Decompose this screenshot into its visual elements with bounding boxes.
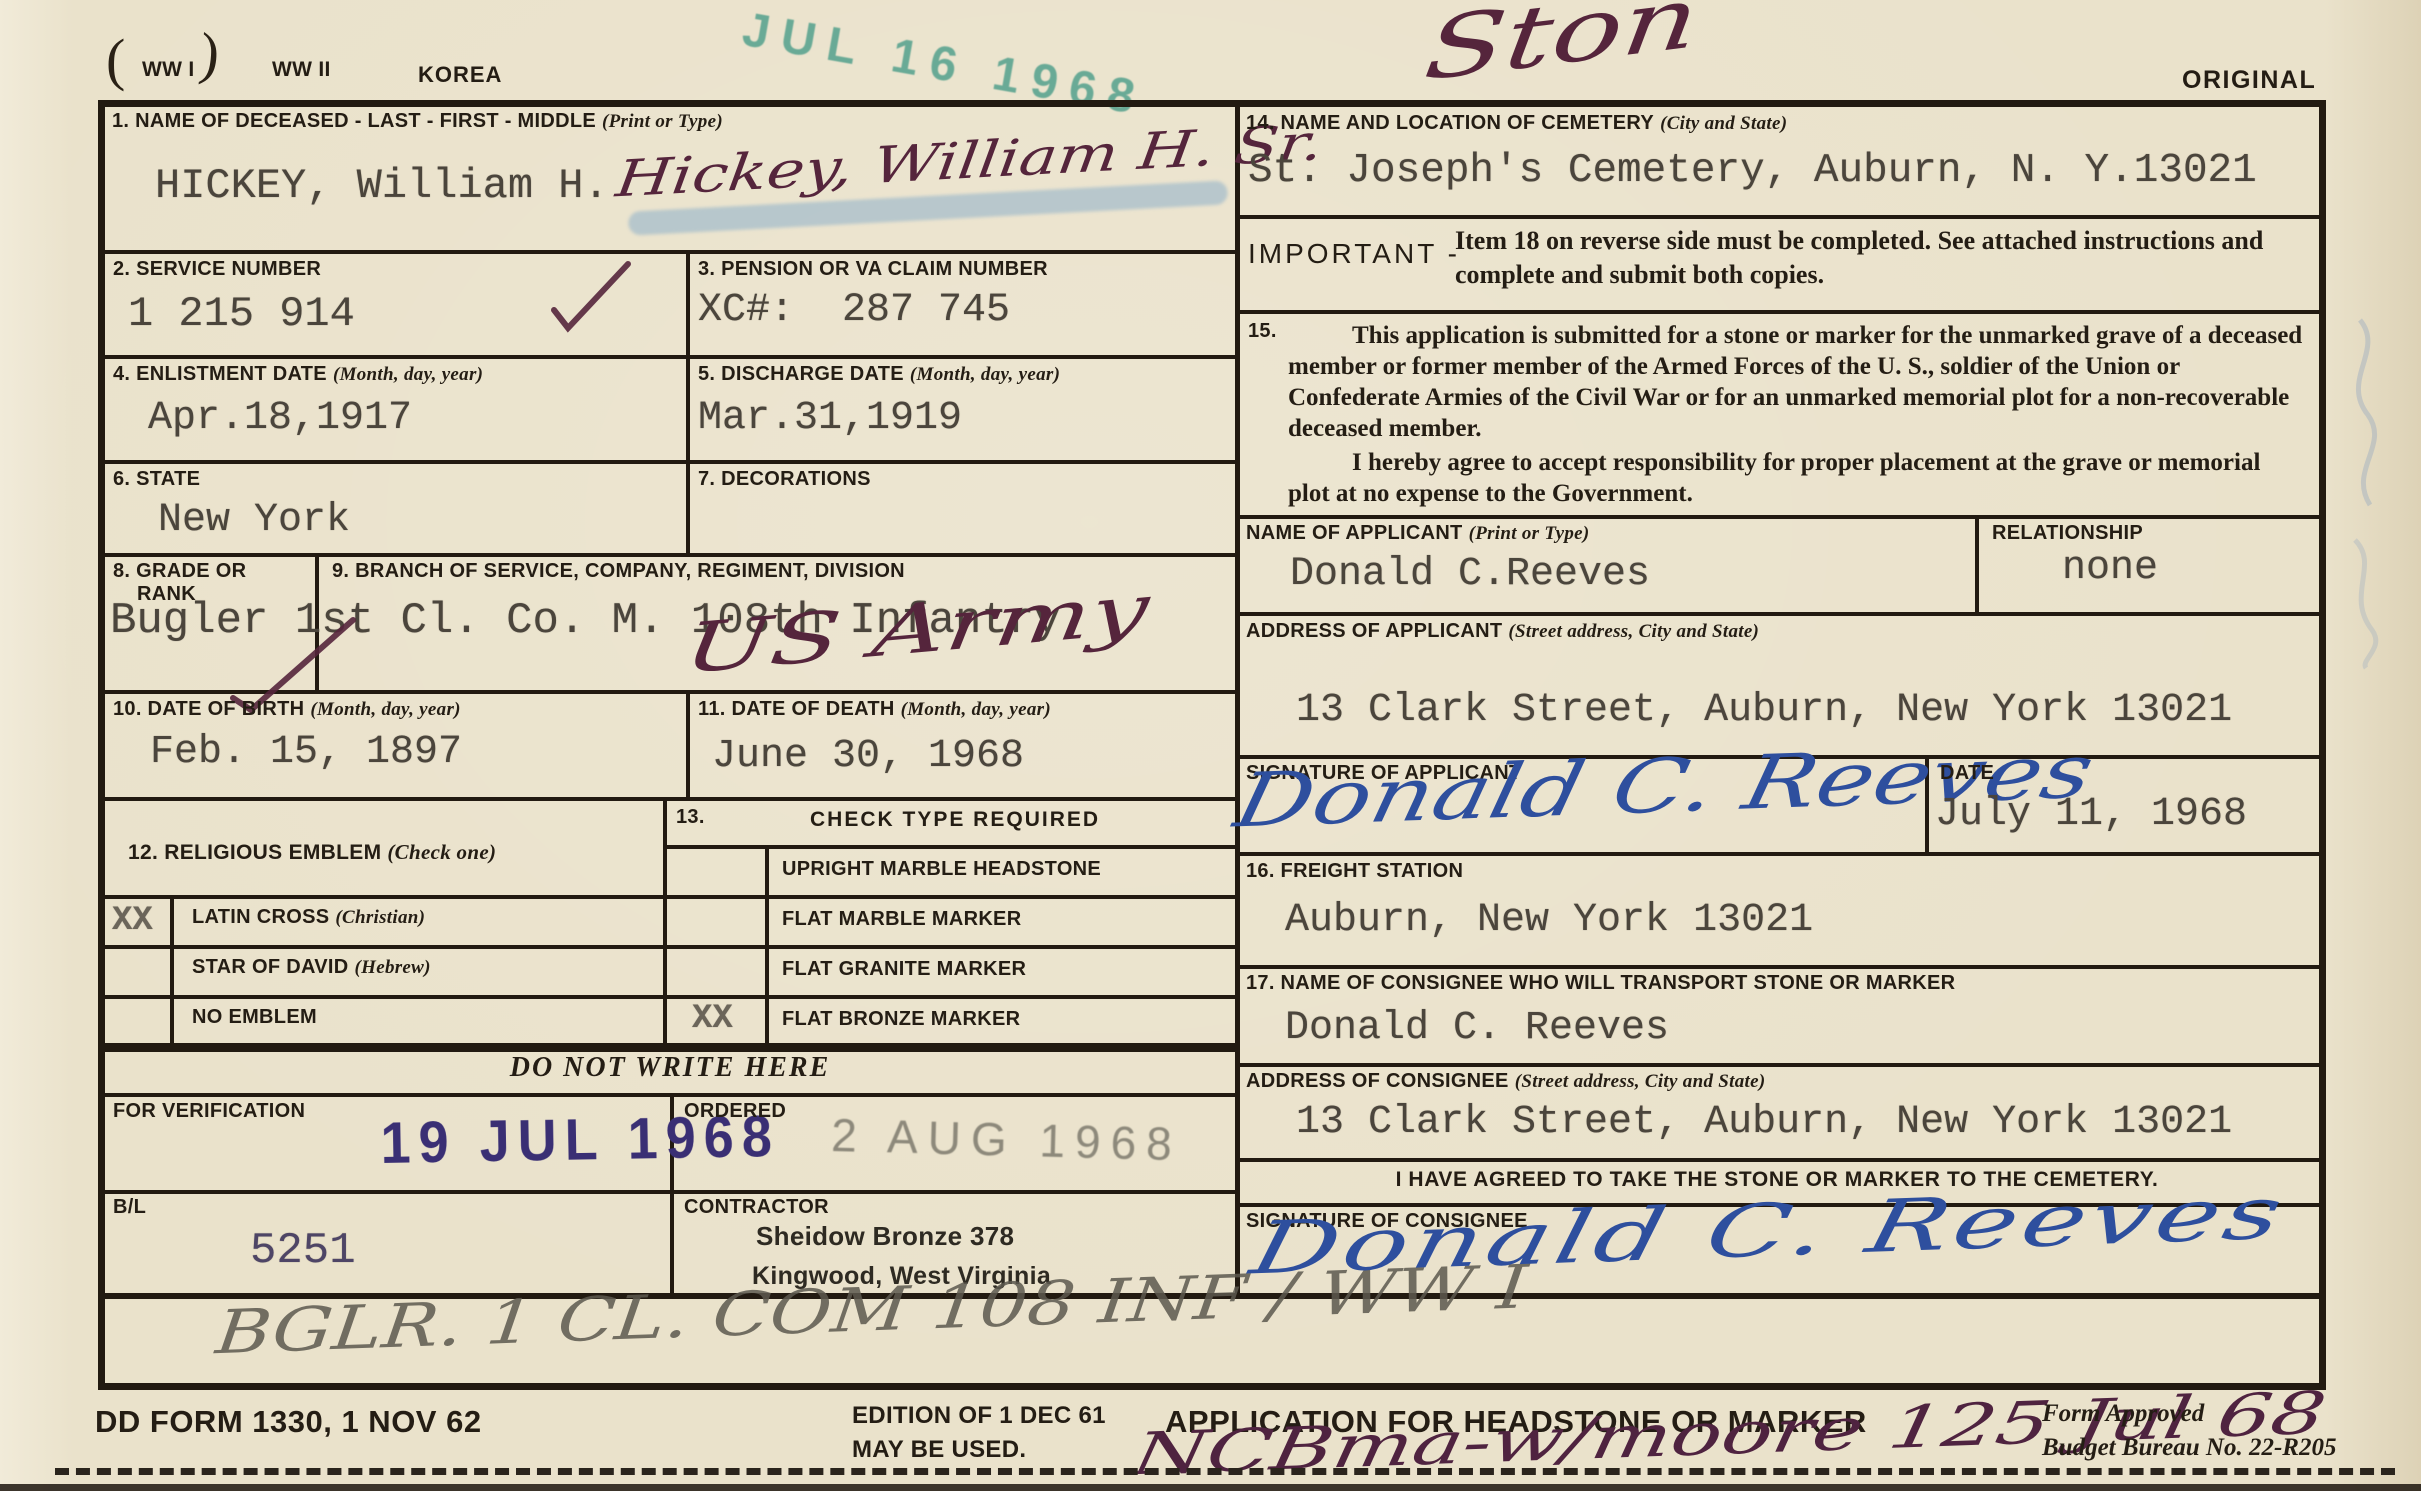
- service-number-value: 1 215 914: [128, 290, 355, 338]
- grid-line: [1235, 965, 2319, 969]
- grid-line: [686, 690, 690, 797]
- field7-label: 7. DECORATIONS: [698, 468, 871, 491]
- grid-line: [105, 945, 1235, 949]
- field4-label-text: 4. ENLISTMENT DATE: [113, 363, 327, 385]
- grid-line: [1235, 310, 2319, 314]
- field4-label-note: (Month, day, year): [333, 364, 483, 385]
- enlistment-date-value: Apr.18,1917: [148, 396, 412, 441]
- ww2-label: WW II: [272, 58, 331, 82]
- grid-line: [765, 845, 769, 1043]
- verification-label: FOR VERIFICATION: [113, 1100, 305, 1123]
- date-label: DATE: [1940, 762, 1994, 785]
- important-text: Item 18 on reverse side must be complete…: [1455, 224, 2315, 292]
- field11-label-note: (Month, day, year): [901, 699, 1051, 720]
- field12-label-note: (Check one): [387, 840, 496, 864]
- ww1-paren-open: (: [106, 26, 125, 93]
- field12-label-text: 12. RELIGIOUS EMBLEM: [128, 841, 381, 864]
- type-flat-marble-label: FLAT MARBLE MARKER: [782, 908, 1021, 931]
- field3-label: 3. PENSION OR VA CLAIM NUMBER: [698, 258, 1048, 281]
- field15-paragraph1: This application is submitted for a ston…: [1288, 320, 2303, 444]
- grid-line: [105, 355, 1235, 359]
- grid-line: [1235, 1063, 2319, 1067]
- field8-label-line1: 8. GRADE OR: [113, 560, 246, 583]
- grid-line: [1235, 107, 1240, 1297]
- page-edge: [0, 1484, 2421, 1491]
- field14-label-note: (City and State): [1660, 113, 1787, 134]
- emblem-star-david-text: STAR OF DAVID: [192, 956, 349, 978]
- contractor-label: CONTRACTOR: [684, 1196, 829, 1219]
- field1-label-text: 1. NAME OF DECEASED - LAST - FIRST - MID…: [112, 110, 596, 132]
- birth-date-value: Feb. 15, 1897: [150, 730, 462, 775]
- field15-number: 15.: [1248, 320, 1277, 343]
- field5-label-text: 5. DISCHARGE DATE: [698, 363, 904, 385]
- freight-station-value: Auburn, New York 13021: [1285, 898, 1813, 943]
- field2-label: 2. SERVICE NUMBER: [113, 258, 321, 281]
- edition-line1: EDITION OF 1 DEC 61: [852, 1402, 1106, 1430]
- emblem-star-david-note: (Hebrew): [355, 957, 431, 978]
- type-flat-bronze-label: FLAT BRONZE MARKER: [782, 1008, 1020, 1031]
- contractor-line1: Sheidow Bronze 378: [756, 1222, 1014, 1252]
- field5-label: 5. DISCHARGE DATE(Month, day, year): [698, 363, 1060, 386]
- field11-label-text: 11. DATE OF DEATH: [698, 698, 895, 720]
- type-flat-bronze-checkbox: XX: [692, 1000, 733, 1038]
- field13-title: CHECK TYPE REQUIRED: [810, 808, 1100, 832]
- consignee-name-value: Donald C. Reeves: [1285, 1006, 1669, 1051]
- applicant-address-label-note: (Street address, City and State): [1508, 621, 1759, 642]
- do-not-write-text: DO NOT WRITE HERE: [510, 1052, 831, 1083]
- applicant-name-label-note: (Print or Type): [1469, 523, 1590, 544]
- grid-line: [105, 1043, 1235, 1052]
- state-value: New York: [158, 498, 350, 543]
- field9-label: 9. BRANCH OF SERVICE, COMPANY, REGIMENT,…: [332, 560, 905, 583]
- tear-off-dashed-line: [55, 1468, 2395, 1475]
- applicant-address-label: ADDRESS OF APPLICANT(Street address, Cit…: [1246, 620, 1759, 643]
- field1-label-note: (Print or Type): [602, 111, 723, 132]
- field10-label: 10. DATE OF BIRTH(Month, day, year): [113, 698, 461, 721]
- handwritten-stone-note: Ston: [1420, 0, 1705, 100]
- korea-label: KOREA: [418, 62, 502, 87]
- scanned-form-page: { "colors": { "paper": "#eae2cb", "ink":…: [0, 0, 2421, 1491]
- consignee-address-label-note: (Street address, City and State): [1515, 1071, 1766, 1092]
- consignee-address-value: 13 Clark Street, Auburn, New York 13021: [1296, 1100, 2232, 1145]
- bl-value: 5251: [250, 1226, 356, 1276]
- consignee-address-label-text: ADDRESS OF CONSIGNEE: [1246, 1070, 1509, 1092]
- cemetery-value: St. Joseph's Cemetery, Auburn, N. Y.1302…: [1248, 148, 2257, 194]
- checkmark-service-number: [548, 258, 638, 338]
- grid-line: [105, 895, 1235, 899]
- field11-label: 11. DATE OF DEATH(Month, day, year): [698, 698, 1051, 721]
- approved-line2: Budget Bureau No. 22-R205: [2042, 1434, 2336, 1462]
- field15-paragraph2: I hereby agree to accept responsibility …: [1288, 447, 2303, 509]
- applicant-name-label: NAME OF APPLICANT(Print or Type): [1246, 522, 1590, 545]
- grid-line: [105, 995, 1235, 999]
- grid-line: [663, 845, 1235, 849]
- field17-label: 17. NAME OF CONSIGNEE WHO WILL TRANSPORT…: [1246, 972, 1955, 995]
- deceased-name-value: HICKEY, William H.: [155, 162, 609, 210]
- field1-label: 1. NAME OF DECEASED - LAST - FIRST - MID…: [112, 110, 723, 133]
- field4-label: 4. ENLISTMENT DATE(Month, day, year): [113, 363, 483, 386]
- do-not-write-banner: DO NOT WRITE HERE: [105, 1052, 1235, 1084]
- field10-label-text: 10. DATE OF BIRTH: [113, 698, 304, 720]
- edition-line2: MAY BE USED.: [852, 1436, 1026, 1464]
- consignee-address-label: ADDRESS OF CONSIGNEE(Street address, Cit…: [1246, 1070, 1766, 1093]
- field14-label: 14. NAME AND LOCATION OF CEMETERY(City a…: [1246, 112, 1787, 135]
- grid-line: [1235, 612, 2319, 616]
- emblem-latin-cross-text: LATIN CROSS: [192, 906, 329, 928]
- grid-line: [663, 797, 667, 1043]
- emblem-latin-cross-label: LATIN CROSS(Christian): [192, 906, 425, 929]
- grid-line: [1235, 1158, 2319, 1162]
- approved-line1: Form Approved: [2042, 1400, 2204, 1428]
- bl-label: B/L: [113, 1196, 146, 1219]
- grid-line: [105, 553, 1235, 557]
- date-value: July 11, 1968: [1935, 792, 2247, 837]
- applicant-address-label-text: ADDRESS OF APPLICANT: [1246, 620, 1502, 642]
- grid-line: [105, 797, 1235, 801]
- field12-label: 12. RELIGIOUS EMBLEM(Check one): [128, 840, 496, 865]
- original-label: ORIGINAL: [2182, 66, 2316, 95]
- grid-line: [170, 895, 174, 1043]
- ordered-date-stamp: 2 AUG 1968: [831, 1108, 1183, 1171]
- claim-number-value: XC#: 287 745: [698, 288, 1010, 333]
- applicant-name-value: Donald C.Reeves: [1290, 552, 1650, 597]
- relationship-label: RELATIONSHIP: [1992, 522, 2143, 545]
- type-flat-granite-label: FLAT GRANITE MARKER: [782, 958, 1026, 981]
- emblem-star-david-label: STAR OF DAVID(Hebrew): [192, 956, 431, 979]
- emblem-latin-cross-note: (Christian): [335, 907, 425, 928]
- field13-number: 13.: [676, 806, 705, 829]
- death-date-value: June 30, 1968: [712, 734, 1024, 779]
- margin-scribble: [2330, 310, 2400, 670]
- grid-line: [1235, 852, 2319, 856]
- ordered-label: ORDERED: [684, 1100, 786, 1123]
- relationship-value: none: [2062, 546, 2158, 591]
- ww1-label: WW I: [142, 58, 195, 82]
- ww1-paren-close: ): [197, 19, 223, 88]
- grid-line: [105, 460, 1235, 464]
- important-label: IMPORTANT -: [1248, 238, 1460, 270]
- applicant-address-value: 13 Clark Street, Auburn, New York 13021: [1296, 688, 2232, 733]
- grid-line: [1975, 515, 1979, 612]
- discharge-date-value: Mar.31,1919: [698, 396, 962, 441]
- field10-label-note: (Month, day, year): [310, 699, 460, 720]
- grid-line: [105, 250, 1235, 254]
- emblem-latin-cross-checkbox: XX: [112, 902, 153, 940]
- grid-line: [1235, 515, 2319, 519]
- emblem-none-label: NO EMBLEM: [192, 1006, 317, 1029]
- applicant-name-label-text: NAME OF APPLICANT: [1246, 522, 1463, 544]
- field16-label: 16. FREIGHT STATION: [1246, 860, 1463, 883]
- grid-line: [686, 250, 690, 553]
- form-id: DD FORM 1330, 1 NOV 62: [95, 1404, 482, 1440]
- field14-label-text: 14. NAME AND LOCATION OF CEMETERY: [1246, 112, 1654, 134]
- grid-line: [1235, 215, 2319, 219]
- type-upright-label: UPRIGHT MARBLE HEADSTONE: [782, 858, 1101, 881]
- field5-label-note: (Month, day, year): [910, 364, 1060, 385]
- field6-label: 6. STATE: [113, 468, 200, 491]
